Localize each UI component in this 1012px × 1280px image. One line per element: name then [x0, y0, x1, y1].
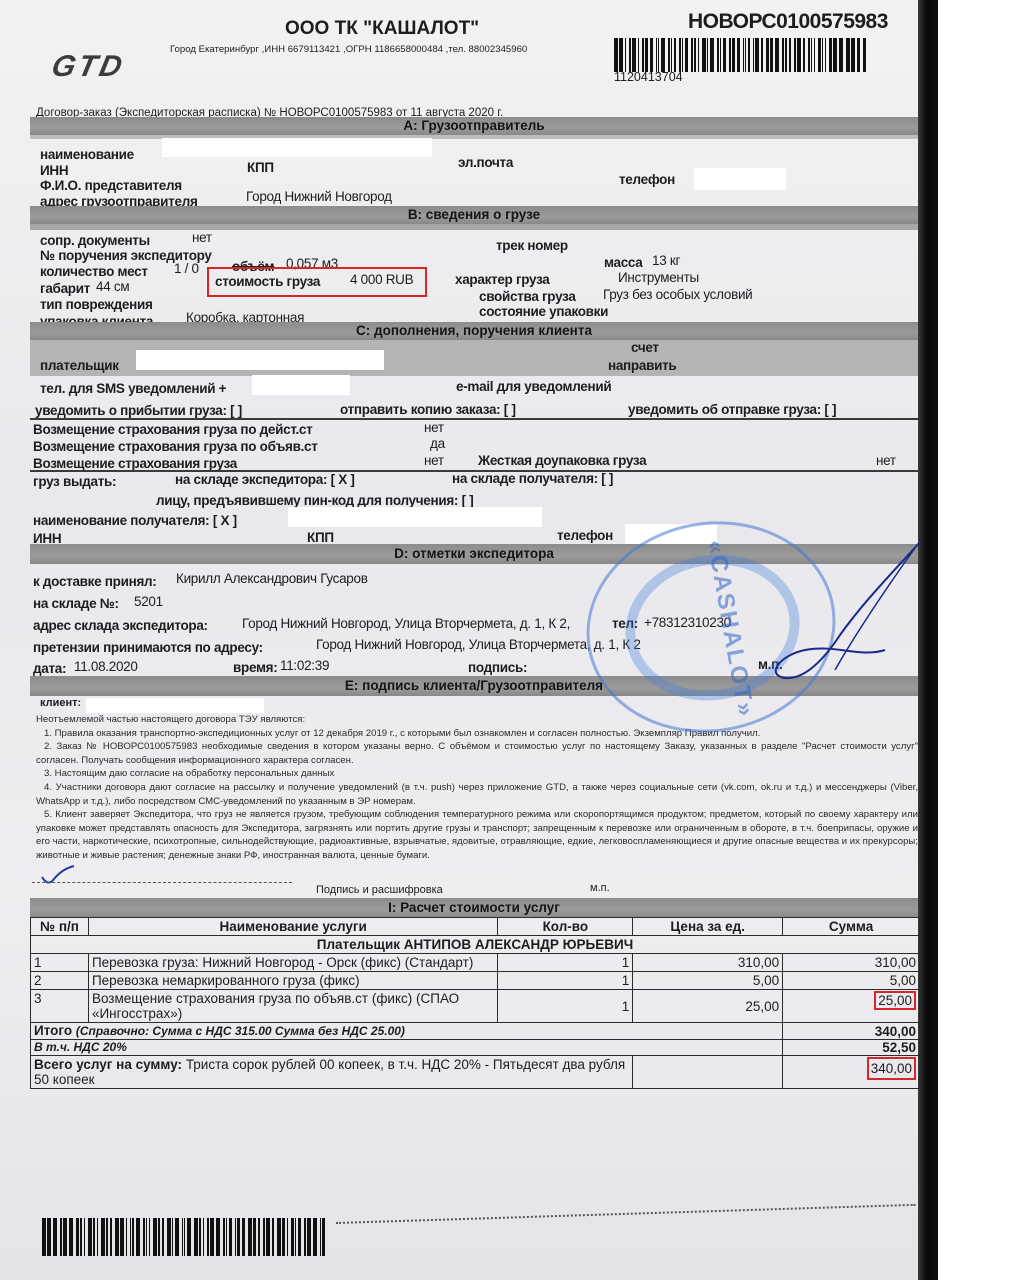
warehouse-address-value: Город Нижний Новгород, Улица Вторчермета… — [242, 616, 570, 631]
label-damage: тип повреждения — [40, 297, 153, 312]
legal-item: 5. Клиент заверяет Экспедитора, что груз… — [36, 808, 918, 862]
payer-name: Плательщик АНТИПОВ АЛЕКСАНДР ЮРЬЕВИЧ — [31, 936, 920, 954]
label-signature: подпись: — [468, 660, 527, 675]
section-a-header: А: Грузоотправитель — [30, 117, 918, 135]
barcode-number: 1120413704 — [614, 70, 683, 84]
grand-total-value: 340,00 — [867, 1057, 916, 1080]
label-name: наименование — [40, 147, 134, 162]
checkbox-issue-pin[interactable]: лицу, предъявившему пин-код для получени… — [156, 493, 473, 508]
row-no: 2 — [31, 972, 89, 990]
checkbox-issue-forwarder[interactable]: на складе экспедитора: [ X ] — [175, 472, 355, 487]
sender-address: Город Нижний Новгород — [246, 189, 392, 204]
row-service: Перевозка груза: Нижний Новгород - Орск … — [88, 954, 498, 972]
redacted-payer — [136, 350, 384, 370]
bottom-barcode — [42, 1218, 327, 1256]
docs-value: нет — [192, 230, 212, 245]
company-details: Город Екатеринбург ,ИНН 6679113421 ,ОГРН… — [170, 44, 527, 55]
row-price: 310,00 — [633, 954, 783, 972]
vat-label: В т.ч. НДС 20% — [31, 1040, 783, 1056]
size-value: 44 см — [96, 279, 129, 294]
label-insurance-actual: Возмещение страхования груза по дейст.ст — [33, 422, 312, 437]
label-cost: стоимость груза — [215, 274, 320, 289]
label-payer: плательщик — [40, 358, 119, 373]
empty-cell — [633, 1056, 783, 1089]
label-recipient-name: наименование получателя: [ X ] — [33, 513, 237, 528]
redacted-sender-name — [162, 138, 432, 157]
redacted-recipient — [288, 507, 542, 527]
label-warehouse-address: адрес склада экспедитора: — [33, 618, 208, 633]
checkbox-issue-recipient[interactable]: на складе получателя: [ ] — [452, 471, 613, 486]
insurance-value: нет — [424, 453, 444, 468]
legal-intro: Неотъемлемой частью настоящего договора … — [36, 713, 918, 727]
cost-value: 4 000 RUB — [350, 272, 413, 287]
checkmark-icon — [40, 865, 76, 892]
nature-value: Инструменты — [618, 270, 699, 285]
table-row: 1 Перевозка груза: Нижний Новгород - Орс… — [31, 954, 920, 972]
mass-value: 13 кг — [652, 253, 680, 268]
section-b-header: B: сведения о грузе — [30, 206, 918, 224]
label-recipient-phone: телефон — [557, 528, 613, 543]
signature-scribble — [745, 540, 925, 695]
row-sum: 310,00 — [783, 954, 920, 972]
grand-total-label: Всего услуг на сумму: — [34, 1057, 182, 1072]
label-invoice: счет — [631, 340, 659, 355]
label-size: габарит — [40, 281, 90, 296]
date-value: 11.08.2020 — [74, 659, 138, 674]
image-margin — [938, 0, 1012, 1280]
rigid-packaging-value: нет — [876, 453, 896, 468]
table-row: 3 Возмещение страхования груза по объяв.… — [31, 990, 920, 1023]
properties-value: Груз без особых условий — [603, 287, 752, 302]
label-accepted-by: к доставке принял: — [33, 574, 157, 589]
label-issue-cargo: груз выдать: — [33, 474, 116, 489]
checkbox-send-copy[interactable]: отправить копию заказа: [ ] — [340, 402, 516, 417]
label-insurance-declared: Возмещение страхования груза по объяв.ст — [33, 439, 318, 454]
col-qty: Кол-во — [498, 918, 633, 936]
label-client: клиент: — [40, 697, 81, 709]
total-label: Итого — [34, 1023, 72, 1038]
row-sum: 5,00 — [783, 972, 920, 990]
col-service: Наименование услуги — [88, 918, 498, 936]
label-kpp: КПП — [247, 160, 274, 175]
label-sms-phone: тел. для SMS уведомлений + — [40, 381, 226, 396]
row-qty: 1 — [498, 972, 633, 990]
label-representative: Ф.И.О. представителя — [40, 178, 182, 193]
label-insurance: Возмещение страхования груза — [33, 456, 237, 471]
time-value: 11:02:39 — [280, 658, 329, 673]
table-row: 2 Перевозка немаркированного груза (фикс… — [31, 972, 920, 990]
insurance-actual-value: нет — [424, 420, 444, 435]
places-value: 1 / 0 — [174, 261, 199, 276]
total-row: Итого (Справочно: Сумма с НДС 315.00 Сум… — [31, 1023, 920, 1040]
col-no: № п/п — [31, 918, 89, 936]
row-qty: 1 — [498, 954, 633, 972]
section-b-shade — [30, 224, 918, 230]
legal-item: 1. Правила оказания транспортно-экспедиц… — [36, 727, 918, 741]
row-price: 25,00 — [633, 990, 783, 1023]
insurance-declared-value: да — [430, 436, 445, 451]
label-properties: свойства груза — [479, 289, 576, 304]
section-i-header: I: Расчет стоимости услуг — [30, 898, 918, 918]
redacted-phone — [694, 168, 786, 190]
label-pack-state: состояние упаковки — [479, 304, 608, 319]
total-value: 340,00 — [783, 1023, 920, 1040]
label-email-notify: e-mail для уведомлений — [456, 379, 611, 394]
divider — [30, 418, 918, 420]
checkbox-notify-dispatch[interactable]: уведомить об отправке груза: [ ] — [628, 402, 836, 417]
label-recipient-kpp: КПП — [307, 530, 334, 545]
label-invoice-send: направить — [608, 358, 676, 373]
row-no: 1 — [31, 954, 89, 972]
accepted-by-value: Кирилл Александрович Гусаров — [176, 571, 368, 586]
section-c-header: C: дополнения, поручения клиента — [30, 322, 918, 340]
checkbox-notify-arrival[interactable]: уведомить о прибытии груза: [ ] — [35, 403, 242, 418]
signature-caption: Подпись и расшифровка — [316, 884, 443, 896]
row-sum-cell: 25,00 — [783, 990, 920, 1023]
order-code: НОВОРС0100575983 — [688, 10, 888, 34]
col-sum: Сумма — [783, 918, 920, 936]
redacted-sms-phone — [252, 375, 350, 395]
warehouse-value: 5201 — [134, 594, 163, 609]
row-sum: 25,00 — [874, 991, 916, 1010]
row-service: Перевозка немаркированного груза (фикс) — [88, 972, 498, 990]
seal-caption: м.п. — [590, 882, 610, 894]
legal-item: 3. Настоящим даю согласие на обработку п… — [36, 767, 918, 781]
legal-item: 4. Участники договора дают согласие на р… — [36, 781, 918, 808]
redacted-client — [86, 698, 264, 713]
vat-value: 52,50 — [783, 1040, 920, 1056]
company-name: ООО ТК "КАШАЛОТ" — [285, 18, 479, 40]
label-docs: сопр. документы — [40, 233, 150, 248]
label-rigid-packaging: Жесткая доупаковка груза — [478, 453, 646, 468]
label-places: количество мест — [40, 264, 148, 279]
grand-total-row: Всего услуг на сумму: Триста сорок рубле… — [31, 1056, 920, 1089]
label-claims-address: претензии принимаются по адресу: — [33, 640, 263, 655]
legal-item: 2. Заказ № НОВОРС0100575983 необходимые … — [36, 740, 918, 767]
label-inn: ИНН — [40, 163, 68, 178]
row-qty: 1 — [498, 990, 633, 1023]
row-no: 3 — [31, 990, 89, 1023]
table-header-row: № п/п Наименование услуги Кол-во Цена за… — [31, 918, 920, 936]
total-note: (Справочно: Сумма с НДС 315.00 Сумма без… — [76, 1024, 405, 1038]
order-barcode — [614, 38, 867, 72]
gtd-logo: GTD — [48, 50, 128, 84]
label-phone: телефон — [619, 172, 675, 187]
vat-row: В т.ч. НДС 20% 52,50 — [31, 1040, 920, 1056]
cost-table: № п/п Наименование услуги Кол-во Цена за… — [30, 917, 920, 1089]
label-email: эл.почта — [458, 155, 513, 170]
payer-row: Плательщик АНТИПОВ АЛЕКСАНДР ЮРЬЕВИЧ — [31, 936, 920, 954]
row-service: Возмещение страхования груза по объяв.ст… — [88, 990, 498, 1023]
label-time: время: — [233, 660, 277, 675]
signature-line — [32, 882, 292, 883]
label-nature: характер груза — [455, 272, 550, 287]
label-mass: масса — [604, 255, 643, 270]
col-price: Цена за ед. — [633, 918, 783, 936]
label-warehouse: на складе №: — [33, 596, 119, 611]
row-price: 5,00 — [633, 972, 783, 990]
grand-total-cell: 340,00 — [783, 1056, 920, 1089]
label-track: трек номер — [496, 238, 568, 253]
label-date: дата: — [33, 661, 66, 676]
legal-terms: Неотъемлемой частью настоящего договора … — [36, 713, 918, 863]
